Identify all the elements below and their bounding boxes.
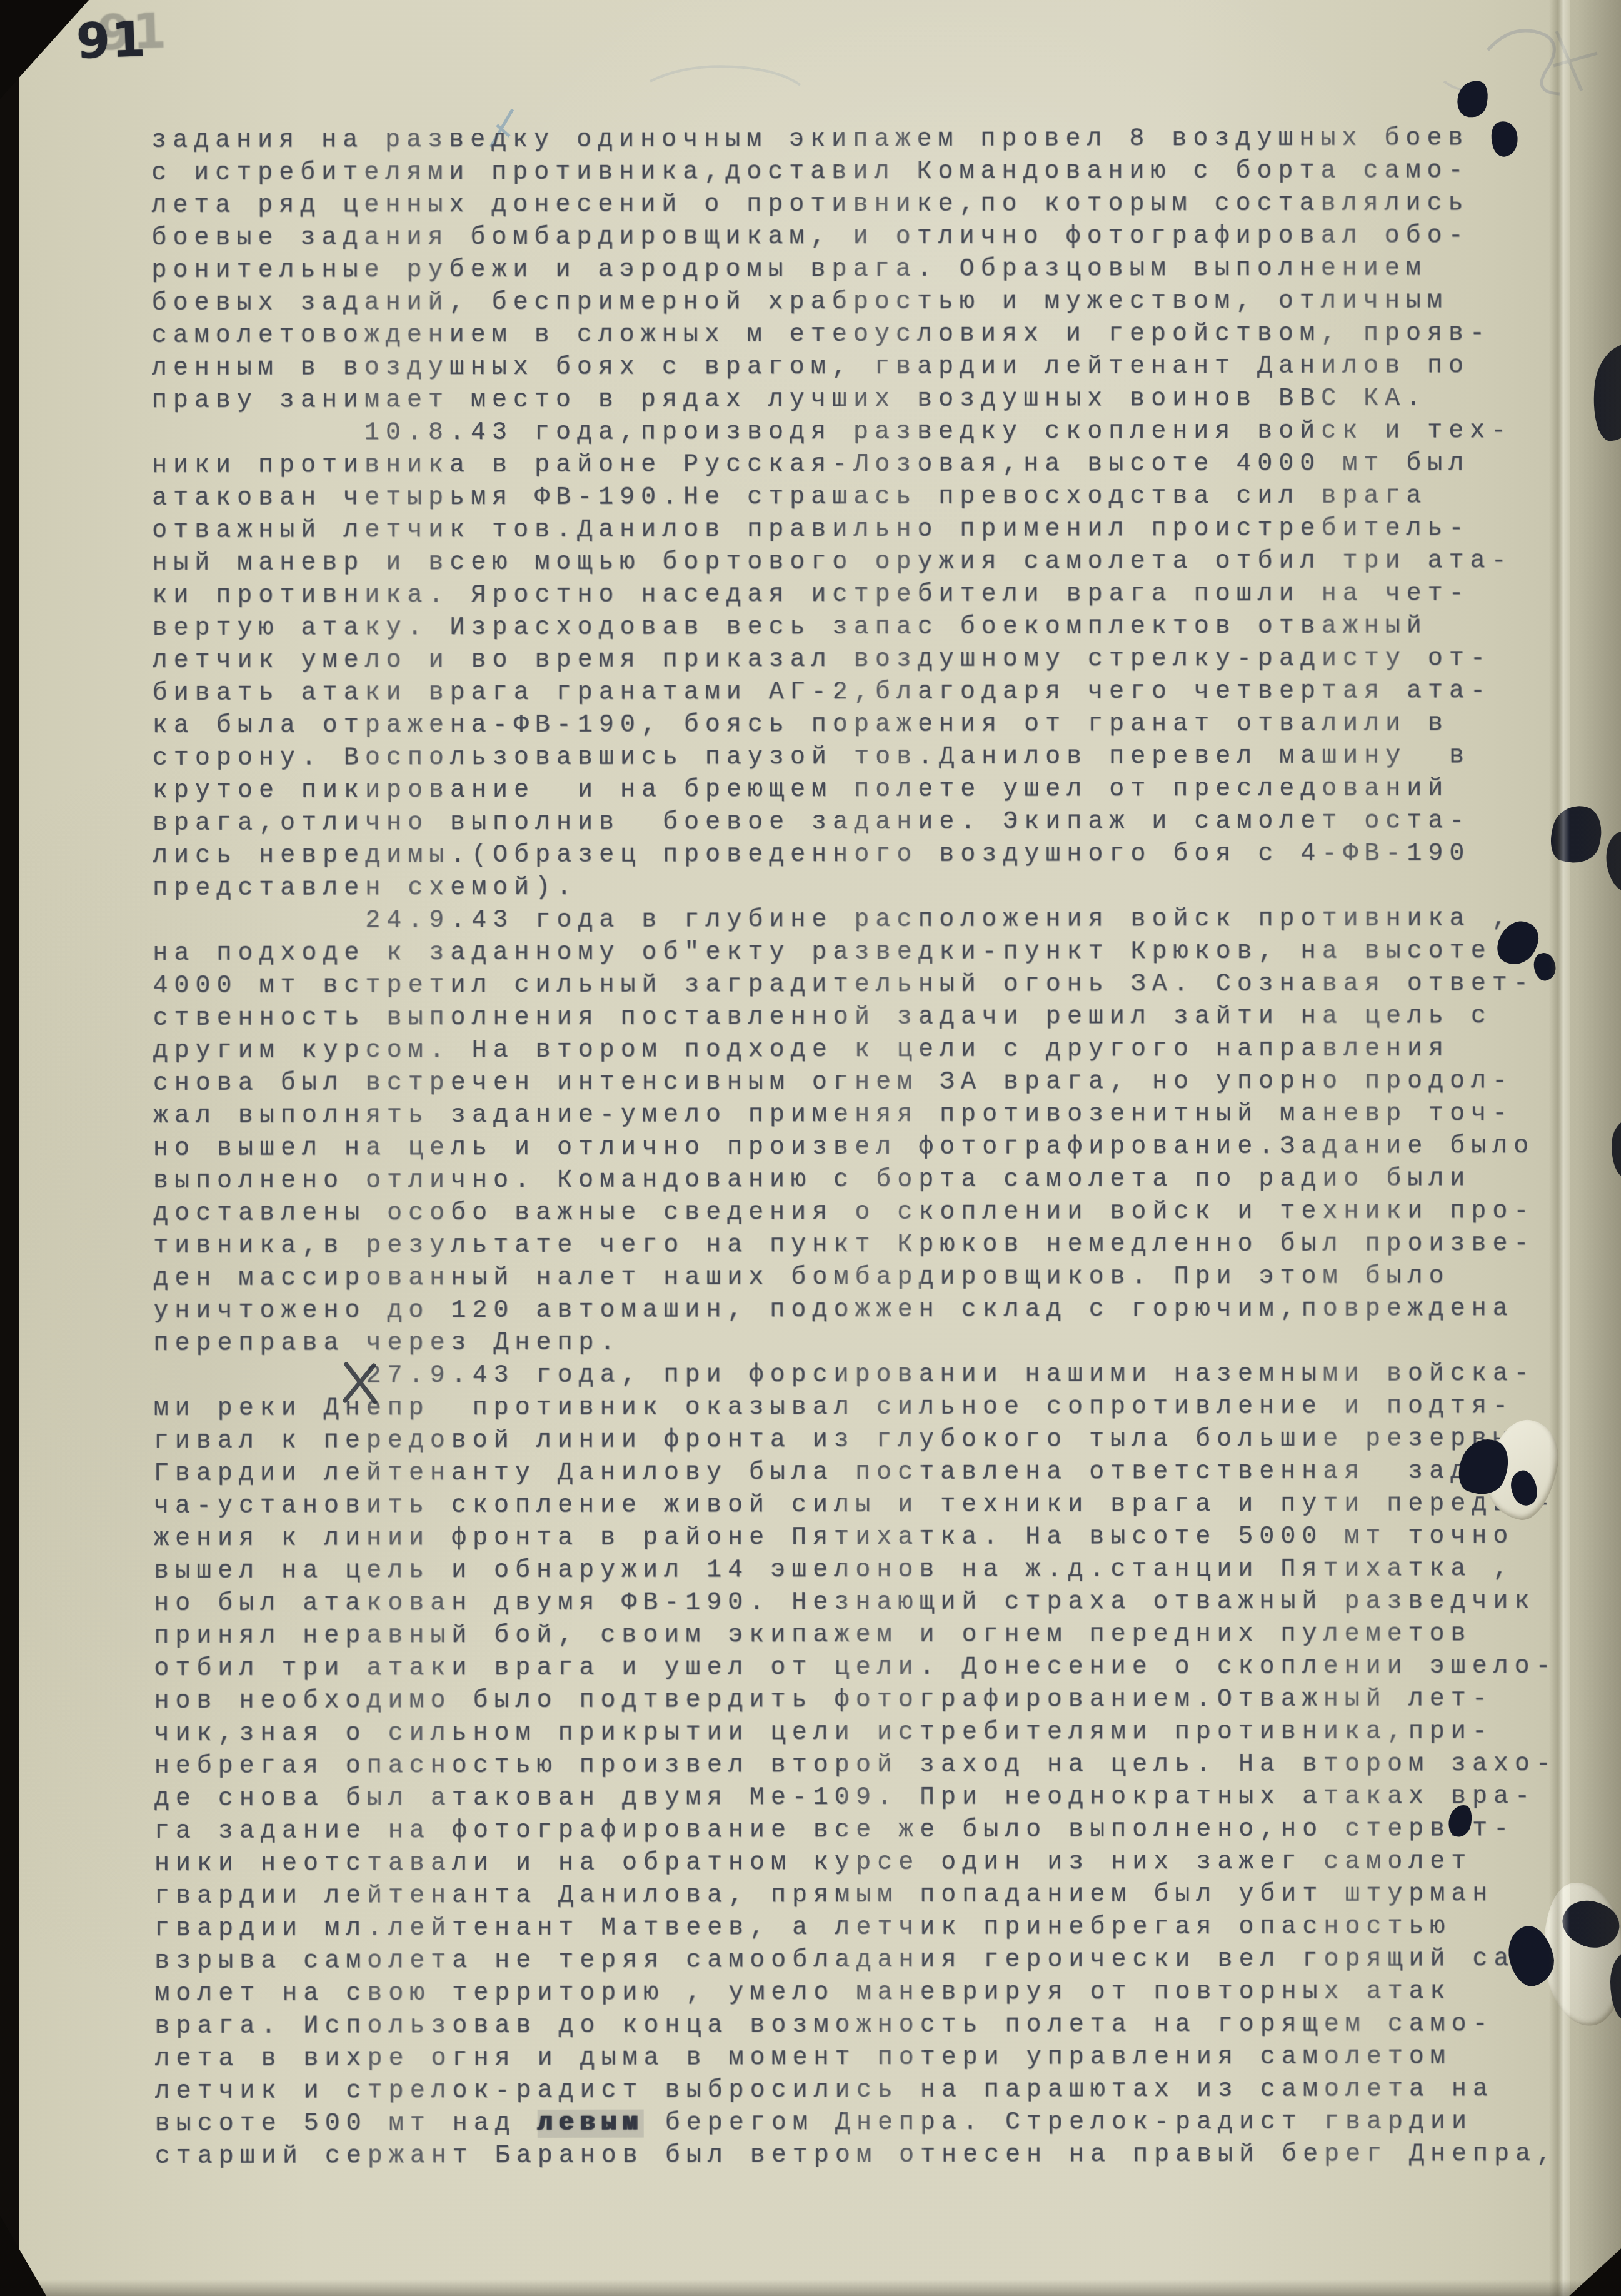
text-line: врага,отлично выполнив боевое задание. Э… <box>153 805 1565 840</box>
text-line: ча-установить скопление живой силы и тех… <box>154 1488 1567 1523</box>
text-line: высоте 500 мт над левым берегом Днепра. … <box>155 2106 1568 2141</box>
text-line: старший сержант Баранов был ветром отнес… <box>155 2138 1568 2173</box>
overstruck-word: левым <box>538 2110 644 2138</box>
text-line: ден массированный налет наших бомбардиро… <box>153 1261 1566 1296</box>
page-fold-crease <box>1549 0 1570 2296</box>
text-line: 24.9.43 года в глубине расположения войс… <box>153 903 1565 938</box>
text-line: боевых заданий, беспримерной храбростью … <box>152 285 1565 320</box>
text-line: с истребителями противника,доставил Кома… <box>151 155 1564 190</box>
text-line: самолетовождением в сложных м етеоуслови… <box>152 318 1565 353</box>
text-line: 10.8.43 года,производя разведку скоплени… <box>152 415 1565 450</box>
text-line: гвардии мл.лейтенант Матвеев, а летчик п… <box>154 1911 1567 1946</box>
text-line: летчик умело и во время приказал воздушн… <box>153 643 1565 678</box>
text-line: праву занимает место в рядах лучших возд… <box>152 383 1565 418</box>
text-line: отбил три атаки врага и ушел от цели. До… <box>154 1651 1567 1686</box>
text-line: ки противника. Яростно наседая истребите… <box>152 578 1565 613</box>
text-line: лись невредимы.(Образец проведенного воз… <box>153 838 1565 873</box>
x-annotation-mark <box>339 1358 383 1408</box>
text-line: ка была отражена-ФВ-190, боясь поражения… <box>153 708 1565 743</box>
text-line: принял неравный бой, своим экипажем и ог… <box>154 1618 1567 1653</box>
text-line: переправа через Днепр. <box>154 1326 1567 1361</box>
text-line: выполнено отлично. Командованию с борта … <box>153 1163 1566 1198</box>
text-line: ный маневр и всею мощью бортового оружия… <box>152 545 1565 580</box>
text-line: атакован четырьмя ФВ-190.Не страшась пре… <box>152 480 1565 515</box>
text-line: вышел на цель и обнаружил 14 эшелонов на… <box>154 1553 1567 1588</box>
ink-blot <box>1453 77 1493 121</box>
scanned-document: { "document": { "page_number": "91", "la… <box>0 0 1621 2296</box>
text-line: ники неотставали и на обратном курсе оди… <box>154 1846 1567 1881</box>
text-line: чик,зная о сильном прикрытии цели истреб… <box>154 1716 1567 1751</box>
text-line: снова был встречен интенсивным огнем ЗА … <box>153 1065 1566 1100</box>
text-line: жения к линии фронта в районе Пятихатка.… <box>154 1521 1567 1556</box>
adjacent-page-edge <box>1570 0 1621 2296</box>
text-line: но вышел на цель и отлично произвел фото… <box>153 1130 1566 1166</box>
text-line: небрегая опасностью произвел второй захо… <box>154 1748 1567 1783</box>
bottom-edge-shadow <box>19 2280 1621 2296</box>
text-line: нов необходимо было подтвердить фотограф… <box>154 1683 1567 1718</box>
text-line: га задание на фотографирование все же бы… <box>154 1813 1567 1848</box>
text-line: молет на свою территорию , умело маневри… <box>154 1976 1567 2011</box>
text-line: лета в вихре огня и дыма в момент потери… <box>154 2041 1567 2076</box>
text-line: ники противника в районе Русская-Лозовая… <box>152 448 1565 483</box>
text-line: де снова был атакован двумя Ме-109. При … <box>154 1781 1567 1816</box>
text-line: но был атакован двумя ФВ-190. Незнающий … <box>154 1586 1567 1621</box>
text-line: гивал к передовой линии фронта из глубок… <box>154 1423 1567 1458</box>
text-line: доставлены особо важные сведения о скопл… <box>153 1196 1566 1231</box>
text-line: бивать атаки врага гранатами АГ-2,благод… <box>153 675 1565 710</box>
text-line: ронительные рубежи и аэродромы врага. Об… <box>152 253 1565 288</box>
text-line: врага. Использовав до конца возможность … <box>154 2008 1567 2043</box>
text-line: представлен схемой). <box>153 870 1565 905</box>
text-line: уничтожено до 120 автомашин, подожжен ск… <box>153 1293 1566 1328</box>
text-line: лета ряд ценных донесений о противнике,п… <box>151 188 1564 223</box>
text-line: другим курсом. На втором подходе к цели … <box>153 1033 1566 1068</box>
document-page: 91 задания на разведку одиночным экипаже… <box>19 0 1621 2296</box>
text-line: летчик и стрелок-радист выбросились на п… <box>155 2073 1568 2108</box>
text-line: взрыва самолета не теряя самообладания г… <box>154 1943 1567 1978</box>
text-block: задания на разведку одиночным экипажем п… <box>151 123 1568 2173</box>
pencil-scribbles <box>581 13 1621 138</box>
text-line: ленным в воздушных боях с врагом, гварди… <box>152 350 1565 385</box>
page-number-stamp: 91 <box>75 11 148 70</box>
text-line: на подходе к заданному об"екту разведки-… <box>153 935 1565 970</box>
text-line: тивника,в результате чего на пункт Крюко… <box>153 1228 1566 1263</box>
text-line: гвардии лейтенанта Данилова, прямым попа… <box>154 1878 1567 1913</box>
text-line: отважный летчик тов.Данилов правильно пр… <box>152 513 1565 548</box>
text-line: 4000 мт встретил сильный заградительный … <box>153 968 1566 1003</box>
text-line: жал выполнять задание-умело применяя про… <box>153 1098 1566 1133</box>
text-line: задания на разведку одиночным экипажем п… <box>151 123 1564 158</box>
text-line: боевые задания бомбардировщикам, и отлич… <box>151 220 1564 255</box>
text-line: ственность выполнения поставленной задач… <box>153 1000 1566 1035</box>
text-line: крутое пикирование и на бреющем полете у… <box>153 773 1565 808</box>
text-line: вертую атаку. Израсходовав весь запас бо… <box>153 610 1565 645</box>
text-line: сторону. Воспользовавшись паузой тов.Дан… <box>153 740 1565 775</box>
text-line: Гвардии лейтенанту Данилову была поставл… <box>154 1456 1567 1491</box>
